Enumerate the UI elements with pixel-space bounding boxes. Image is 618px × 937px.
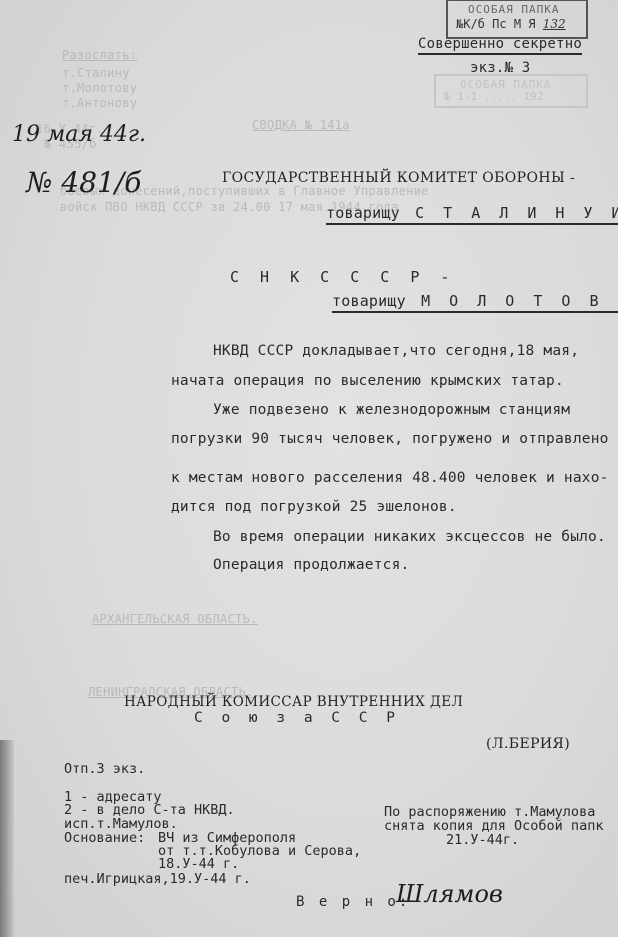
handwritten-signature: Шлямов xyxy=(396,880,503,908)
document-page: Разослать: т.Сталину т.Молотову т.Антоно… xyxy=(0,0,618,937)
signatory-name: (Л.БЕРИЯ) xyxy=(486,736,570,752)
stamp-number-line: №К/б Пс М Я 132 xyxy=(456,17,566,31)
addressee-org: С Н К С С С Р - xyxy=(230,268,455,286)
copy-number: экз.№ 3 xyxy=(470,60,530,76)
addressee-name: М О Л О Т О В У В.М. xyxy=(421,292,618,310)
typist: печ.Игрицкая,19.У-44 г. xyxy=(64,873,251,886)
addressee-name-underlined: товарищу М О Л О Т О В У В.М. xyxy=(332,292,618,313)
addressee-line: товарищу М О Л О Т О В У В.М. xyxy=(332,292,618,310)
handwritten-reg-number: № 481/б xyxy=(26,166,141,199)
ghost-send-header: Разослать: xyxy=(62,48,137,62)
addressee-prefix: товарищу xyxy=(326,204,400,222)
ghost-recipient: т.Сталину xyxy=(62,66,130,80)
ghost-stamp-number: № 1-1 ..... 192 xyxy=(444,90,543,103)
addressee-prefix: товарищу xyxy=(332,292,406,310)
body-line: начата операция по выселению крымских та… xyxy=(171,373,564,389)
addressee-line: товарищу С Т А Л И Н У И.В. xyxy=(326,204,618,222)
signature-subtitle: С о ю з а С С Р xyxy=(194,710,400,726)
ghost-stamp: ОСОБАЯ ПАПКА № 1-1 ..... 192 xyxy=(434,74,588,108)
stamp-series: Пс М Я xyxy=(492,17,535,31)
special-folder-stamp: ОСОБАЯ ПАПКА №К/б Пс М Я 132 xyxy=(446,0,588,39)
basis-label: Основание: xyxy=(64,832,145,845)
body-line: Уже подвезено к железнодорожным станциям xyxy=(213,402,570,418)
handwritten-date: 19 мая 44г. xyxy=(12,122,146,147)
body-line: НКВД СССР докладывает,что сегодня,18 мая… xyxy=(213,343,579,359)
copies-count: Отп.3 экз. xyxy=(64,763,145,776)
stamp-number-prefix: №К/б xyxy=(456,17,485,31)
ghost-summary-title: СВОДКА № 141а xyxy=(252,118,350,132)
page-edge-shadow xyxy=(0,740,14,937)
ghost-recipient: т.Антонову xyxy=(62,96,137,110)
stamp-number: 132 xyxy=(543,17,566,31)
body-line: к местам нового расселения 48.400 челове… xyxy=(171,470,609,486)
body-line: Операция продолжается. xyxy=(213,557,409,573)
body-line: погрузки 90 тысяч человек, погружено и о… xyxy=(171,431,609,447)
addressee-org: ГОСУДАРСТВЕННЫЙ КОМИТЕТ ОБОРОНЫ - xyxy=(222,170,575,186)
body-line: Во время операции никаких эксцессов не б… xyxy=(213,529,606,545)
certified-label: В е р н о: xyxy=(296,896,410,909)
stamp-title: ОСОБАЯ ПАПКА xyxy=(468,3,559,16)
classification-label: Совершенно секретно xyxy=(418,36,582,52)
addressee-name-underlined: товарищу С Т А Л И Н У И.В. xyxy=(326,204,618,225)
body-line: дится под погрузкой 25 эшелонов. xyxy=(171,499,457,515)
signature-title: НАРОДНЫЙ КОМИССАР ВНУТРЕННИХ ДЕЛ xyxy=(124,694,463,710)
addressee-name: С Т А Л И Н У И.В. xyxy=(415,204,618,222)
ghost-recipient: т.Молотову xyxy=(62,81,137,95)
copy-note-line: 21.У-44г. xyxy=(446,834,519,847)
basis-line: 18.У-44 г. xyxy=(158,858,239,871)
classification-text: Совершенно секретно xyxy=(418,36,582,55)
ghost-text: АРХАНГЕЛЬСКАЯ ОБЛАСТЬ. xyxy=(92,612,258,626)
